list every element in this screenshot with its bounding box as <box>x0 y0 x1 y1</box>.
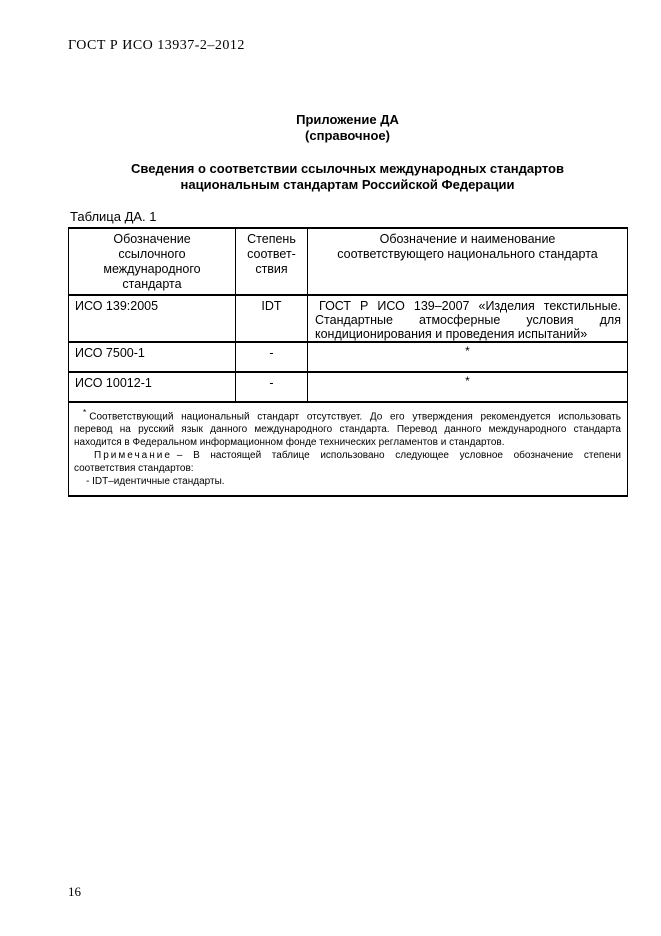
footnote-note: Примечание– В настоящей таблице использо… <box>74 449 621 475</box>
table-footnote: *Соответствующий национальный стандарт о… <box>69 402 628 496</box>
document-title-line-2: национальным стандартам Российской Федер… <box>68 177 627 193</box>
cell-international-standard: ИСО 7500-1 <box>69 342 236 372</box>
appendix-heading: Приложение ДА (справочное) <box>68 112 627 144</box>
document-title: Сведения о соответствии ссылочных междун… <box>68 161 627 193</box>
table-footnote-row: *Соответствующий национальный стандарт о… <box>69 402 628 496</box>
column-header-international-standard: Обозначение ссылочного международного ст… <box>69 228 236 295</box>
page-number: 16 <box>68 884 81 900</box>
appendix-subtitle: (справочное) <box>68 128 627 144</box>
cell-international-standard: ИСО 10012-1 <box>69 372 236 402</box>
column-header-degree: Степень соответ- ствия <box>236 228 308 295</box>
footnote-list-item: - IDT–идентичные стандарты. <box>74 475 621 488</box>
table-row: ИСО 10012-1 - * <box>69 372 628 402</box>
cell-degree: - <box>236 372 308 402</box>
running-header: ГОСТ Р ИСО 13937-2–2012 <box>68 38 245 54</box>
document-title-line-1: Сведения о соответствии ссылочных междун… <box>68 161 627 177</box>
cell-national-standard: * <box>308 342 628 372</box>
cell-national-standard: * <box>308 372 628 402</box>
cell-degree: IDT <box>236 295 308 342</box>
table-header-row: Обозначение ссылочного международного ст… <box>69 228 628 295</box>
cell-degree: - <box>236 342 308 372</box>
cell-national-standard: ГОСТ Р ИСО 139–2007 «Изделия текстильные… <box>308 295 628 342</box>
footnote-paragraph: *Соответствующий национальный стандарт о… <box>74 406 621 449</box>
column-header-national-standard: Обозначение и наименование соответствующ… <box>308 228 628 295</box>
footnote-asterisk-marker: * <box>83 407 86 417</box>
cell-international-standard: ИСО 139:2005 <box>69 295 236 342</box>
footnote-text: Соответствующий национальный стандарт от… <box>74 411 621 448</box>
correspondence-table: Обозначение ссылочного международного ст… <box>68 227 628 497</box>
note-label: Примечание <box>94 450 172 461</box>
table-caption: Таблица ДА. 1 <box>70 209 157 224</box>
document-page: ГОСТ Р ИСО 13937-2–2012 Приложение ДА (с… <box>0 0 661 936</box>
table-row: ИСО 139:2005 IDT ГОСТ Р ИСО 139–2007 «Из… <box>69 295 628 342</box>
appendix-title: Приложение ДА <box>68 112 627 128</box>
table-row: ИСО 7500-1 - * <box>69 342 628 372</box>
